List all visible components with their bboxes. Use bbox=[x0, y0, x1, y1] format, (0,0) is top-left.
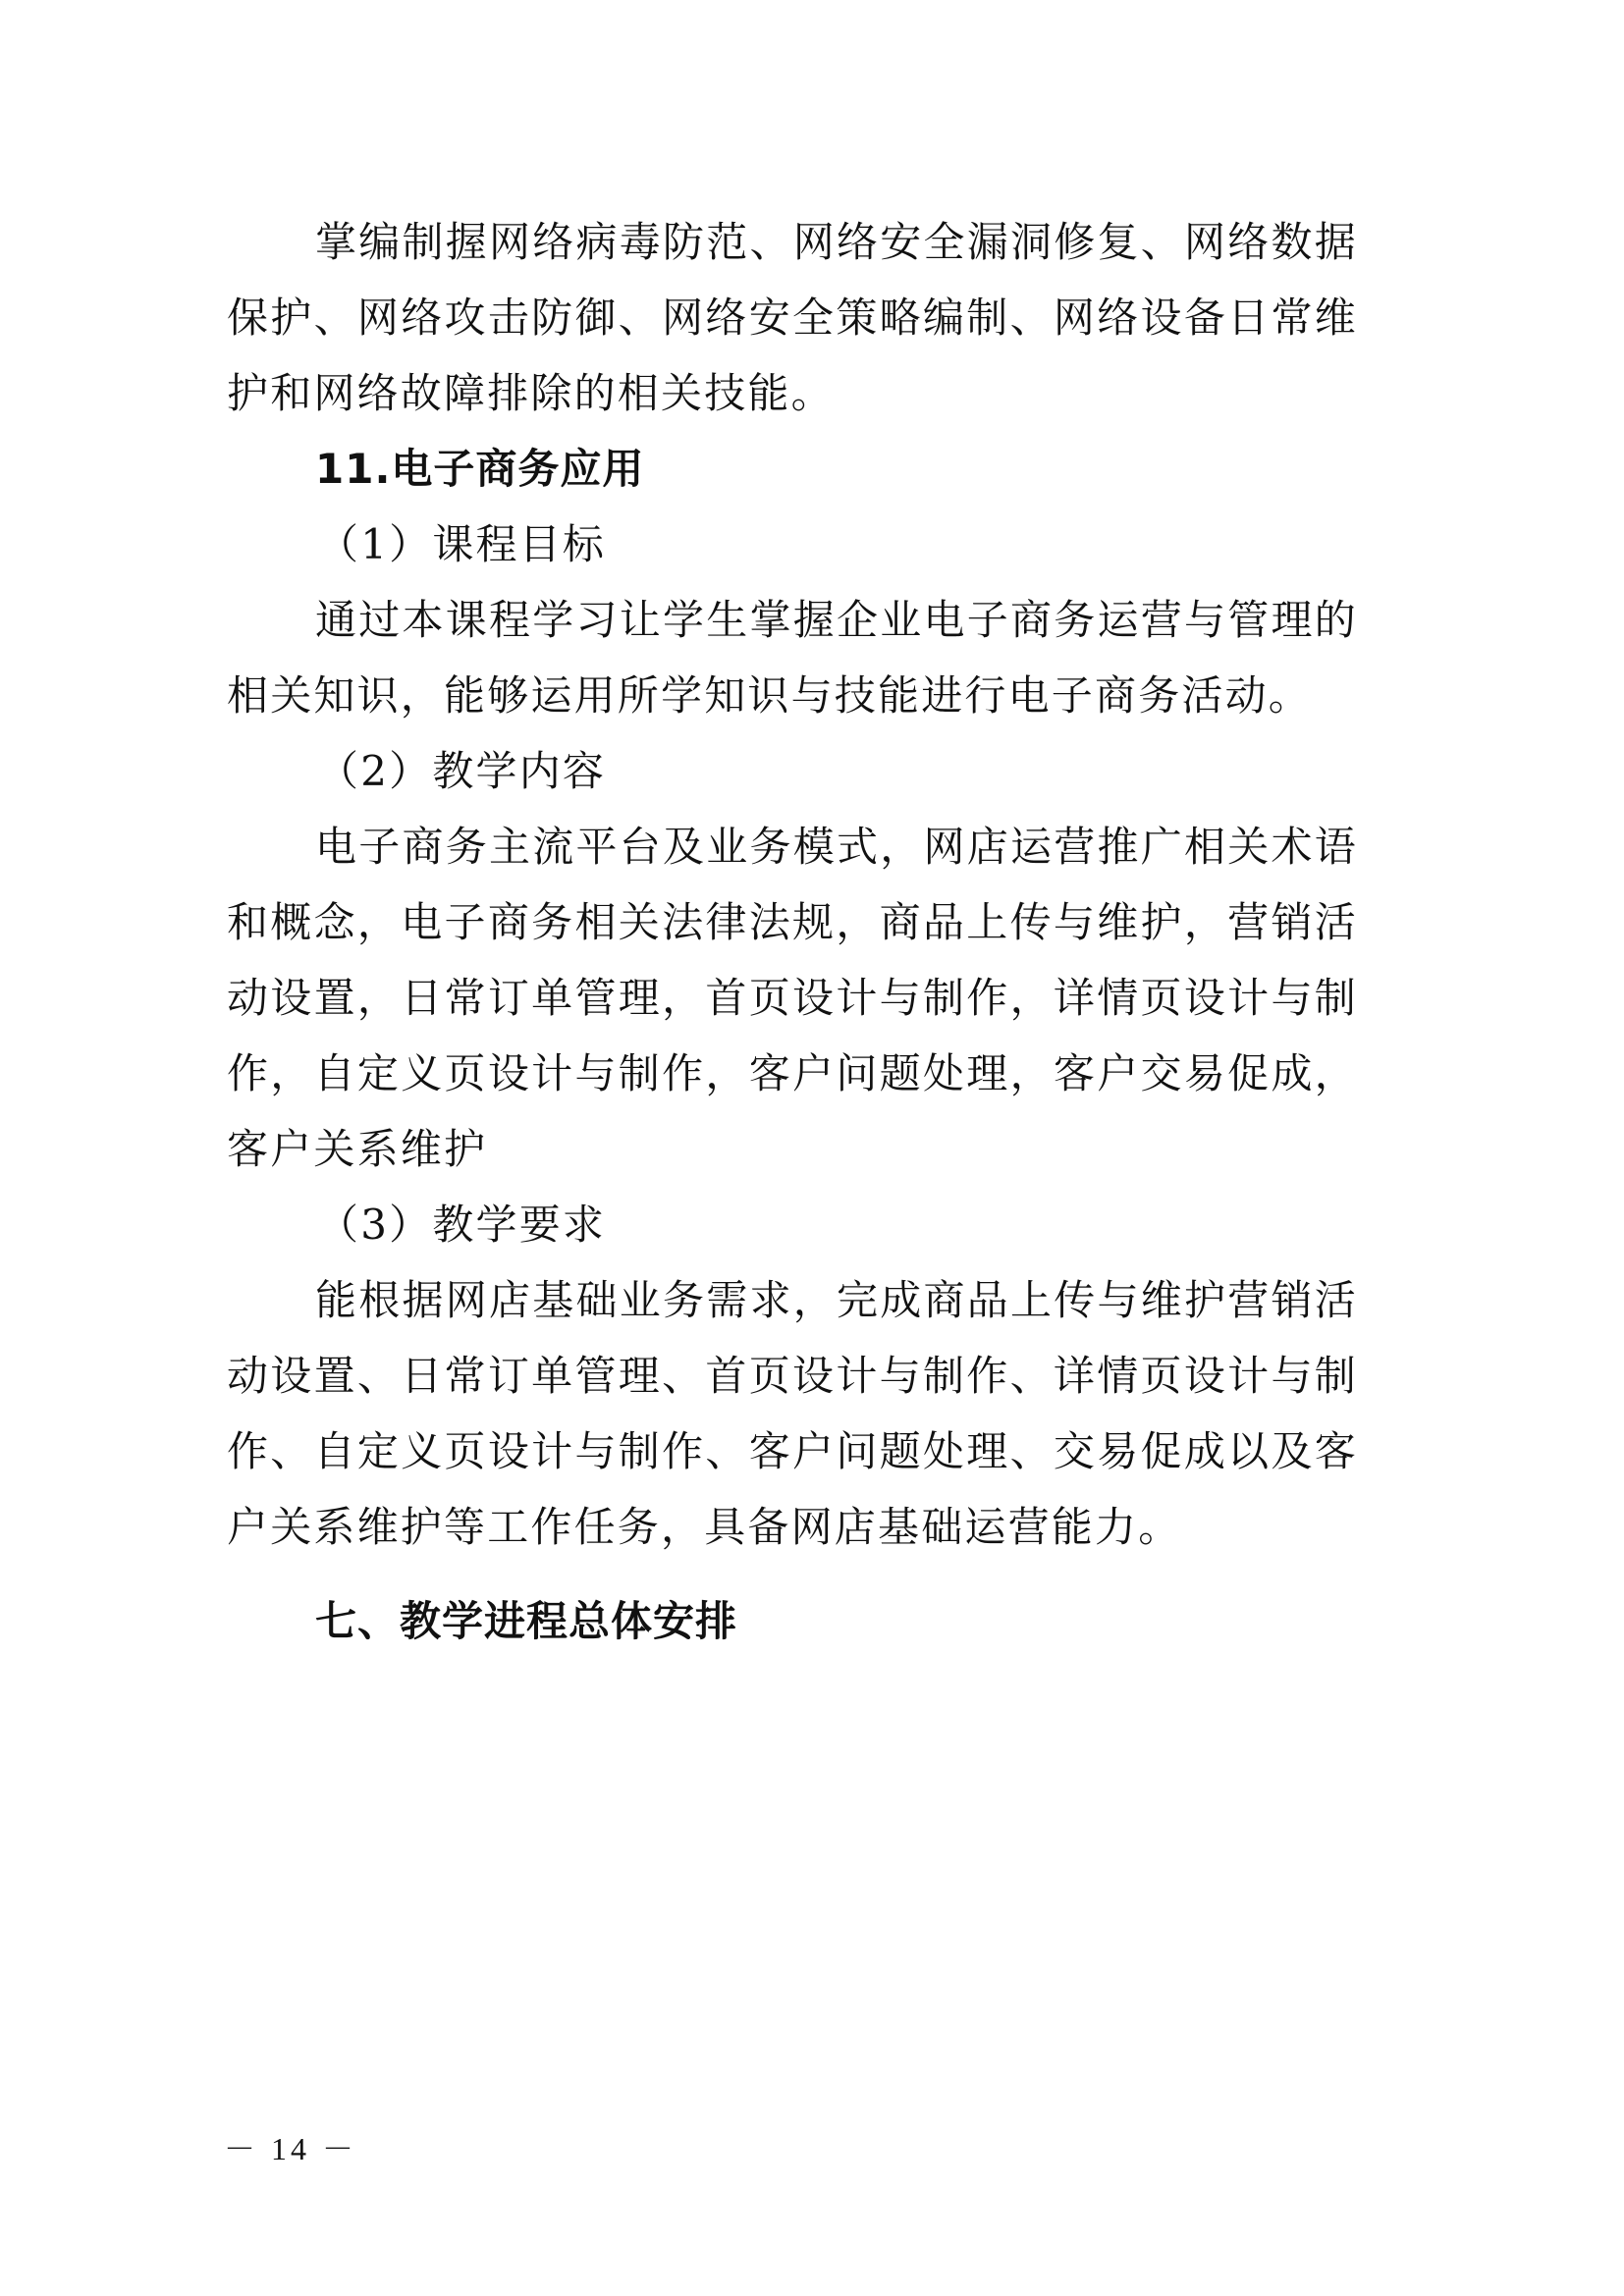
paragraph-line: 护和网络故障排除的相关技能。 bbox=[227, 355, 1358, 431]
paragraph-line: 通过本课程学习让学生掌握企业电子商务运营与管理的 bbox=[227, 582, 1358, 658]
paragraph-line: 相关知识，能够运用所学知识与技能进行电子商务活动。 bbox=[227, 658, 1358, 733]
paragraph-line: 作，自定义页设计与制作，客户问题处理，客户交易促成， bbox=[227, 1036, 1358, 1111]
course-heading-ecommerce: 11.电子商务应用 bbox=[227, 431, 1358, 507]
paragraph-line: 作、自定义页设计与制作、客户问题处理、交易促成以及客 bbox=[227, 1414, 1358, 1489]
document-page: 掌编制握网络病毒防范、网络安全漏洞修复、网络数据 保护、网络攻击防御、网络安全策… bbox=[0, 0, 1624, 2296]
paragraph-line: 掌编制握网络病毒防范、网络安全漏洞修复、网络数据 bbox=[227, 204, 1358, 280]
paragraph-line: 和概念，电子商务相关法律法规，商品上传与维护，营销活 bbox=[227, 884, 1358, 960]
paragraph-line: 客户关系维护 bbox=[227, 1111, 1358, 1187]
paragraph-line: 能根据网店基础业务需求，完成商品上传与维护营销活 bbox=[227, 1262, 1358, 1338]
subheading-teaching-requirements: （3）教学要求 bbox=[227, 1187, 1358, 1262]
paragraph-line: 保护、网络攻击防御、网络安全策略编制、网络设备日常维 bbox=[227, 280, 1358, 355]
subheading-teaching-content: （2）教学内容 bbox=[227, 733, 1358, 809]
paragraph-line: 电子商务主流平台及业务模式，网店运营推广相关术语 bbox=[227, 809, 1358, 884]
paragraph-line: 户关系维护等工作任务，具备网店基础运营能力。 bbox=[227, 1489, 1358, 1565]
section-heading-teaching-schedule: 七、教学进程总体安排 bbox=[227, 1583, 1358, 1659]
page-number: － 14 － bbox=[224, 2124, 357, 2169]
paragraph-line: 动设置，日常订单管理，首页设计与制作，详情页设计与制 bbox=[227, 960, 1358, 1036]
paragraph-line: 动设置、日常订单管理、首页设计与制作、详情页设计与制 bbox=[227, 1338, 1358, 1414]
subheading-course-goal: （1）课程目标 bbox=[227, 507, 1358, 582]
